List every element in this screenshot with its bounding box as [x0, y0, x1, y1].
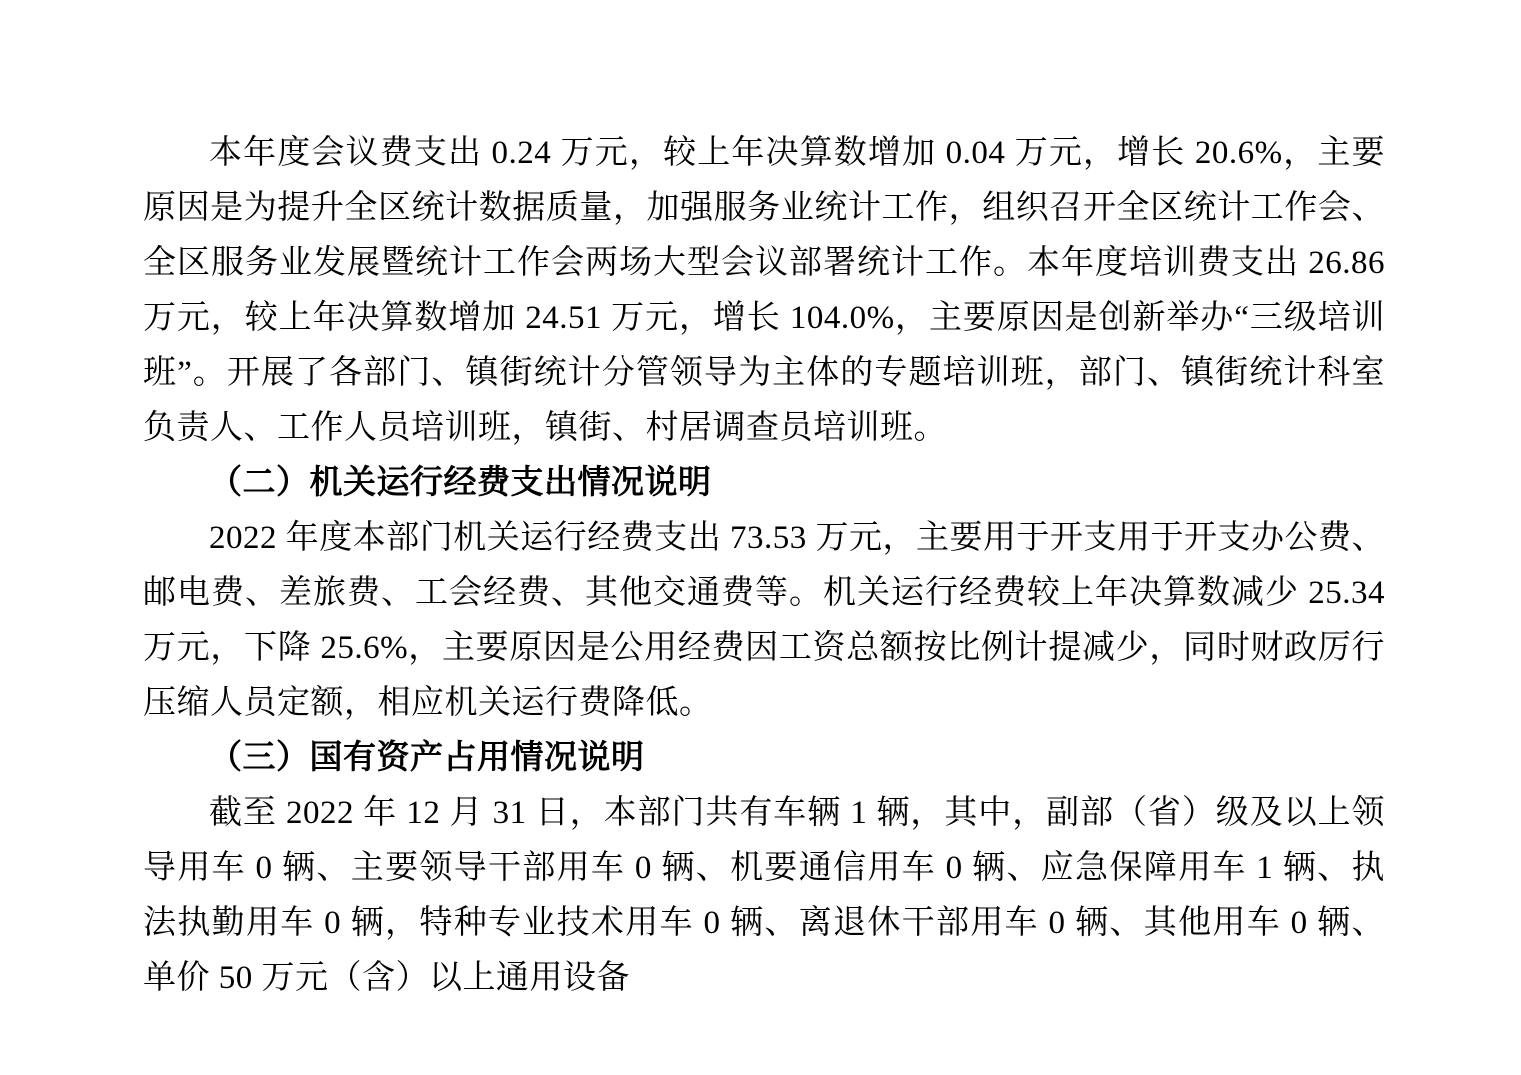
document-body: 本年度会议费支出 0.24 万元，较上年决算数增加 0.04 万元，增长 20.…: [143, 126, 1385, 1006]
paragraph-meeting-training-expense: 本年度会议费支出 0.24 万元，较上年决算数增加 0.04 万元，增长 20.…: [143, 126, 1385, 456]
section-heading-state-assets: （三）国有资产占用情况说明: [143, 731, 1385, 786]
document-page: 本年度会议费支出 0.24 万元，较上年决算数增加 0.04 万元，增长 20.…: [0, 0, 1521, 1075]
paragraph-state-assets-detail: 截至 2022 年 12 月 31 日，本部门共有车辆 1 辆，其中，副部（省）…: [143, 786, 1385, 1006]
section-heading-operating-expense: （二）机关运行经费支出情况说明: [143, 456, 1385, 511]
paragraph-operating-expense-detail: 2022 年度本部门机关运行经费支出 73.53 万元，主要用于开支用于开支办公…: [143, 511, 1385, 731]
